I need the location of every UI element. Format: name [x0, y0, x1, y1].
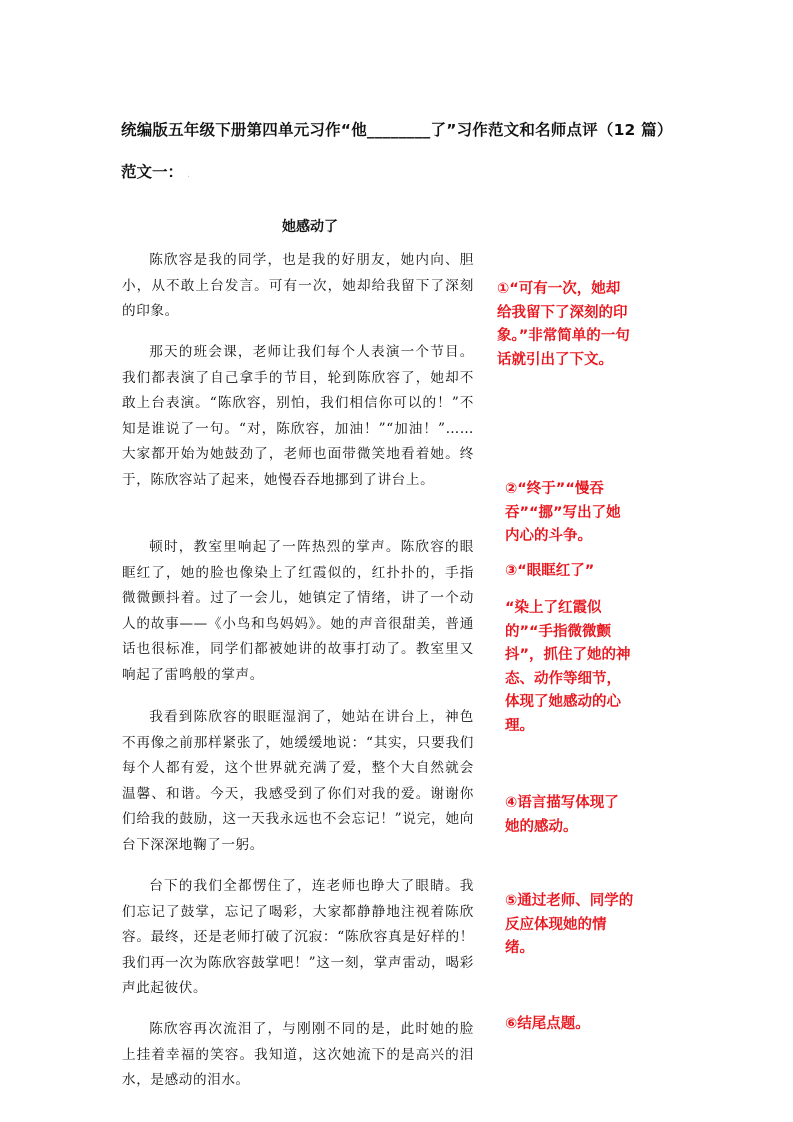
annotation-3: ③“眼眶红了”	[505, 560, 630, 584]
essay-title: 她感动了	[282, 216, 338, 236]
essay-paragraph-5: 台下的我们全都愣住了，连老师也睁大了眼睛。我们忘记了鼓掌，忘记了喝彩，大家都静静…	[122, 874, 474, 1002]
annotation-6: ⑥结尾点题。	[505, 1013, 630, 1037]
annotation-4: ④语言描写体现了她的感动。	[505, 792, 630, 839]
annotation-3-detail: “染上了红霞似的”“手指微微颤抖”，抓住了她的神态、动作等细节，体现了她感动的心…	[505, 597, 635, 738]
sample-label-text: 范文一：	[121, 163, 183, 181]
annotation-5: ⑤通过老师、同学的反应体现她的情绪。	[505, 890, 635, 961]
annotation-1: ①“可有一次，她却给我留下了深刻的印象。”非常简单的一句话就引出了下文。	[497, 278, 632, 372]
essay-paragraph-2: 那天的班会课，老师让我们每个人表演一个节目。我们都表演了自己拿手的节目，轮到陈欣…	[122, 340, 474, 494]
essay-paragraph-6: 陈欣容再次流泪了，与刚刚不同的是，此时她的脸上挂着幸福的笑容。我知道，这次她流下…	[122, 1017, 474, 1094]
essay-paragraph-3: 顿时，教室里响起了一阵热烈的掌声。陈欣容的眼眶红了，她的脸也像染上了红霞似的，红…	[122, 535, 474, 689]
sample-label: 范文一：.	[121, 160, 190, 182]
annotation-2: ②“终于”“慢吞吞”“挪”写出了她内心的斗争。	[505, 478, 630, 549]
stray-dot: .	[187, 169, 190, 180]
essay-paragraph-1: 陈欣容是我的同学，也是我的好朋友，她内向、胆小，从不敢上台发言。可有一次，她却给…	[122, 248, 474, 325]
essay-paragraph-4: 我看到陈欣容的眼眶湿润了，她站在讲台上，神色不再像之前那样紧张了，她缓缓地说：“…	[122, 705, 474, 859]
document-title: 统编版五年级下册第四单元习作“他________了”习作范文和名师点评（12 篇…	[121, 118, 721, 140]
